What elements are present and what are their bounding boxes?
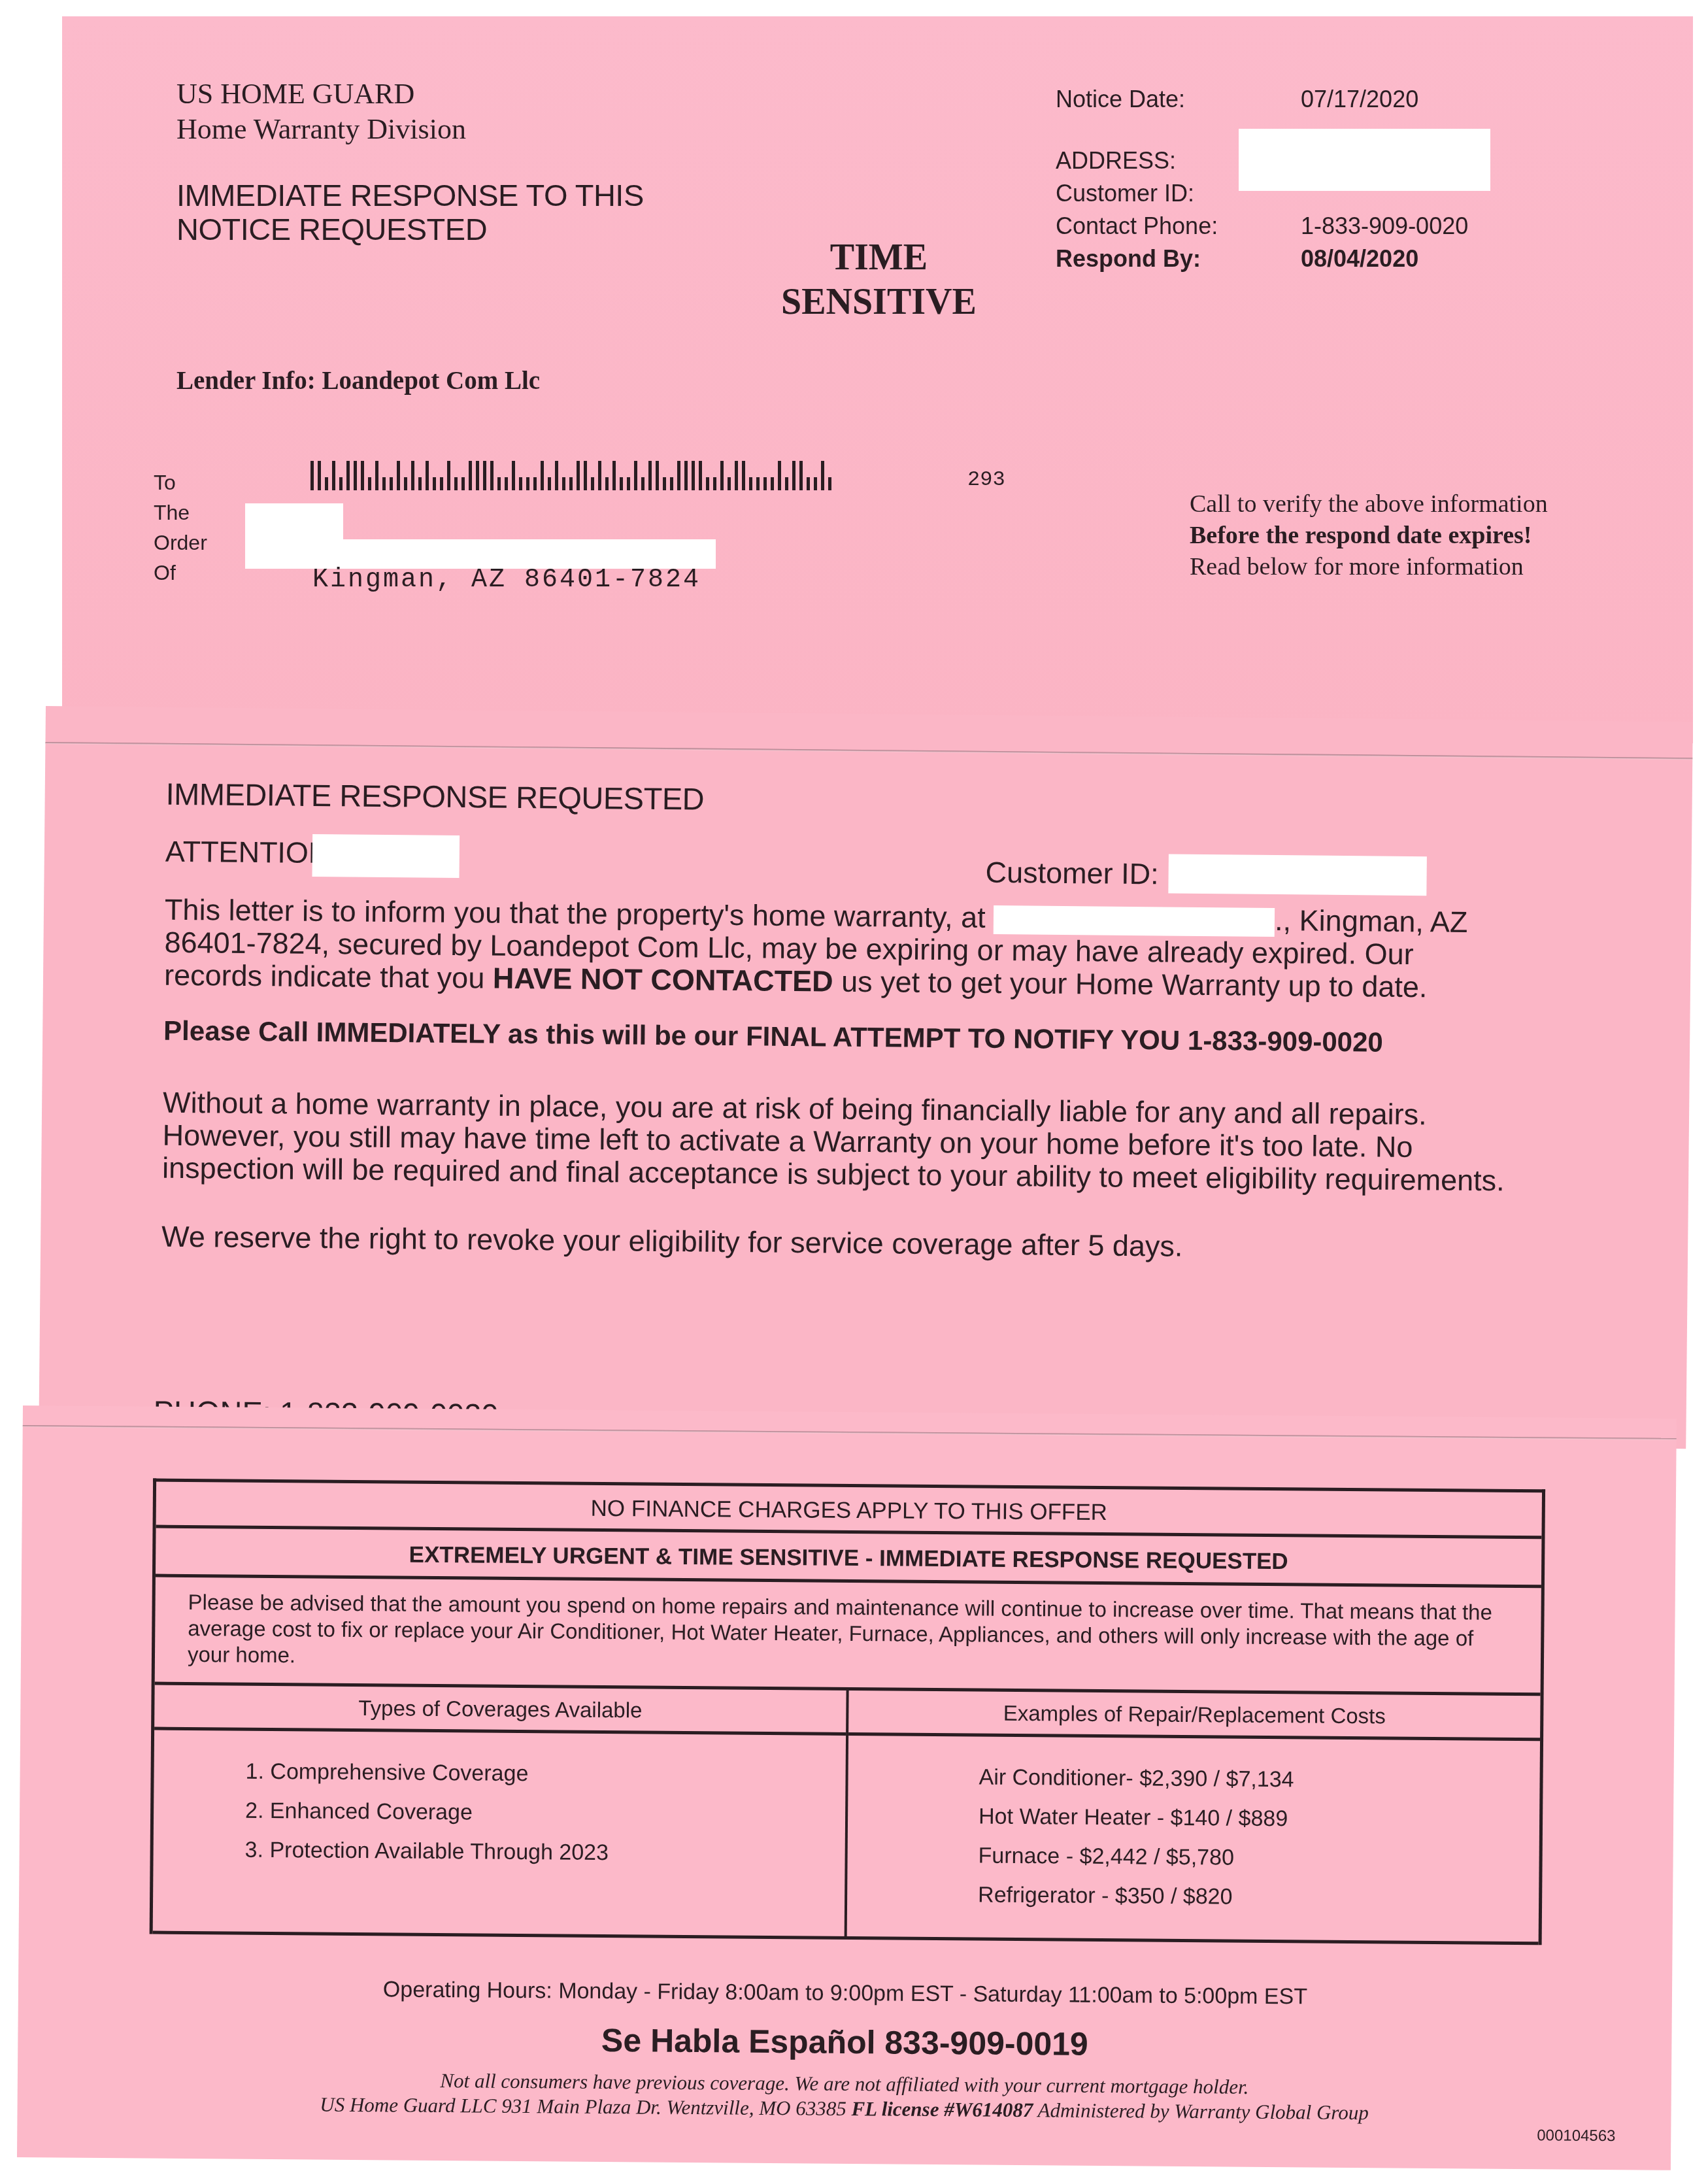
contact-phone-row: Contact Phone: 1-833-909-0020 bbox=[1056, 210, 1468, 243]
barcode-bar bbox=[713, 477, 716, 490]
list-item: 2. Enhanced Coverage bbox=[245, 1791, 845, 1835]
postal-barcode bbox=[310, 461, 873, 490]
coverage-types-column: Types of Coverages Available 1. Comprehe… bbox=[153, 1685, 846, 1936]
barcode-bar bbox=[663, 477, 666, 490]
barcode-bar bbox=[684, 461, 688, 490]
barcode-bar bbox=[778, 461, 781, 490]
barcode-bar bbox=[526, 477, 529, 490]
barcode-bar bbox=[469, 461, 472, 490]
barcode-bar bbox=[785, 477, 788, 490]
barcode-bar bbox=[598, 461, 601, 490]
barcode-bar bbox=[533, 477, 537, 490]
barcode-bar bbox=[771, 477, 774, 490]
barcode-bar bbox=[792, 461, 795, 490]
address-redaction bbox=[1239, 129, 1490, 191]
division-name: Home Warranty Division bbox=[176, 112, 466, 147]
barcode-bar bbox=[699, 461, 702, 490]
barcode-bar bbox=[382, 477, 386, 490]
barcode-bar bbox=[440, 477, 443, 490]
respond-by-row: Respond By: 08/04/2020 bbox=[1056, 243, 1468, 275]
recipient-city-line: Kingman, AZ 86401-7824 bbox=[312, 565, 701, 595]
barcode-bar bbox=[807, 477, 810, 490]
property-address-redaction bbox=[994, 905, 1275, 937]
barcode-bar bbox=[411, 461, 414, 490]
respond-by-date: 08/04/2020 bbox=[1301, 243, 1418, 275]
attention-redaction bbox=[312, 834, 460, 878]
barcode-bar bbox=[346, 461, 350, 490]
barcode-bar bbox=[461, 477, 465, 490]
operating-hours: Operating Hours: Monday - Friday 8:00am … bbox=[18, 1974, 1672, 2013]
barcode-bar bbox=[354, 461, 357, 490]
barcode-bar bbox=[821, 461, 824, 490]
barcode-bar bbox=[397, 461, 400, 490]
barcode-bar bbox=[728, 477, 731, 490]
repair-costs-column: Examples of Repair/Replacement Costs Air… bbox=[845, 1691, 1541, 1942]
customer-id-line: Customer ID: bbox=[985, 856, 1159, 892]
list-item: Air Conditioner- $2,390 / $7,134 bbox=[979, 1758, 1539, 1802]
warranty-expiry-paragraph: This letter is to inform you that the pr… bbox=[164, 894, 1511, 1005]
list-item: 1. Comprehensive Coverage bbox=[245, 1752, 845, 1796]
customer-id-redaction bbox=[1168, 854, 1427, 896]
barcode-bar bbox=[591, 477, 594, 490]
time-sensitive-stamp: TIME SENSITIVE bbox=[781, 235, 977, 324]
contact-phone: 1-833-909-0020 bbox=[1301, 210, 1468, 243]
barcode-bar bbox=[433, 477, 436, 490]
barcode-bar bbox=[426, 461, 429, 490]
coverage-columns: Types of Coverages Available 1. Comprehe… bbox=[153, 1685, 1541, 1945]
barcode-bar bbox=[476, 461, 479, 490]
barcode-bar bbox=[656, 461, 659, 490]
risk-paragraph: Without a home warranty in place, you ar… bbox=[162, 1086, 1509, 1198]
barcode-bar bbox=[512, 461, 515, 490]
fold-line bbox=[23, 1425, 1677, 1440]
barcode-bar bbox=[368, 477, 371, 490]
verify-callout: Call to verify the above information Bef… bbox=[1190, 488, 1548, 582]
recipient-name-redaction bbox=[245, 503, 343, 540]
barcode-bar bbox=[814, 477, 817, 490]
barcode-bar bbox=[612, 461, 616, 490]
coverage-types-list: 1. Comprehensive Coverage 2. Enhanced Co… bbox=[153, 1730, 846, 1936]
barcode-bar bbox=[569, 477, 573, 490]
response-requested-heading: IMMEDIATE RESPONSE REQUESTED bbox=[165, 776, 704, 817]
barcode-bar bbox=[828, 477, 831, 490]
barcode-bar bbox=[620, 477, 623, 490]
coverage-types-header: Types of Coverages Available bbox=[154, 1685, 846, 1736]
barcode-bar bbox=[447, 461, 450, 490]
barcode-bar bbox=[634, 461, 637, 490]
barcode-bar bbox=[490, 461, 494, 490]
lender-info: Lender Info: Loandepot Com Llc bbox=[176, 366, 540, 395]
barcode-bar bbox=[706, 477, 709, 490]
advisory-row: Please be advised that the amount you sp… bbox=[155, 1577, 1541, 1696]
notice-top-panel: US HOME GUARD Home Warranty Division IMM… bbox=[62, 16, 1693, 743]
immediate-response-notice: IMMEDIATE RESPONSE TO THIS NOTICE REQUES… bbox=[176, 178, 644, 246]
barcode-bar bbox=[361, 461, 364, 490]
barcode-bar bbox=[390, 477, 393, 490]
barcode-bar bbox=[692, 461, 695, 490]
barcode-bar bbox=[555, 461, 558, 490]
list-item: Hot Water Heater - $140 / $889 bbox=[979, 1797, 1539, 1841]
barcode-bar bbox=[720, 461, 724, 490]
barcode-bar bbox=[318, 461, 321, 490]
barcode-bar bbox=[332, 461, 335, 490]
street-redaction bbox=[245, 539, 716, 569]
notice-middle-panel: IMMEDIATE RESPONSE REQUESTED ATTENTION: … bbox=[39, 706, 1693, 1449]
barcode-bar bbox=[799, 461, 803, 490]
barcode-bar bbox=[763, 477, 767, 490]
barcode-bar bbox=[339, 477, 343, 490]
revoke-paragraph: We reserve the right to revoke your elig… bbox=[161, 1220, 1508, 1266]
barcode-bar bbox=[541, 461, 544, 490]
document-number: 000104563 bbox=[1537, 2127, 1615, 2146]
barcode-bar bbox=[483, 461, 486, 490]
barcode-bar bbox=[418, 477, 422, 490]
barcode-bar bbox=[505, 477, 508, 490]
barcode-bar bbox=[497, 477, 501, 490]
list-item: 3. Protection Available Through 2023 bbox=[244, 1830, 845, 1874]
barcode-bar bbox=[577, 461, 580, 490]
offer-table: NO FINANCE CHARGES APPLY TO THIS OFFER E… bbox=[150, 1479, 1545, 1945]
barcode-bar bbox=[454, 477, 458, 490]
spanish-phone-line: Se Habla Español 833-909-0019 bbox=[18, 2017, 1671, 2068]
barcode-bar bbox=[404, 477, 407, 490]
notice-date-row: Notice Date: 07/17/2020 bbox=[1056, 83, 1468, 116]
barcode-bar bbox=[548, 477, 551, 490]
list-item: Refrigerator - $350 / $820 bbox=[978, 1875, 1539, 1919]
barcode-bar bbox=[648, 461, 652, 490]
repair-costs-header: Examples of Repair/Replacement Costs bbox=[848, 1691, 1541, 1741]
sequence-number: 293 bbox=[967, 467, 1005, 492]
barcode-bar bbox=[756, 477, 760, 490]
barcode-bar bbox=[375, 461, 378, 490]
barcode-bar bbox=[605, 477, 609, 490]
notice-bottom-panel: NO FINANCE CHARGES APPLY TO THIS OFFER E… bbox=[17, 1405, 1677, 2170]
barcode-bar bbox=[325, 477, 328, 490]
barcode-bar bbox=[670, 477, 673, 490]
barcode-bar bbox=[584, 461, 587, 490]
barcode-bar bbox=[677, 461, 680, 490]
barcode-bar bbox=[310, 461, 314, 490]
barcode-bar bbox=[519, 477, 522, 490]
barcode-bar bbox=[742, 461, 745, 490]
final-attempt-paragraph: Please Call IMMEDIATELY as this will be … bbox=[163, 1015, 1510, 1060]
to-the-order-of-labels: To The Order Of bbox=[154, 467, 207, 588]
barcode-bar bbox=[735, 461, 738, 490]
barcode-bar bbox=[562, 477, 565, 490]
repair-costs-list: Air Conditioner- $2,390 / $7,134 Hot Wat… bbox=[847, 1736, 1540, 1942]
barcode-bar bbox=[641, 477, 645, 490]
company-block: US HOME GUARD Home Warranty Division bbox=[176, 76, 466, 147]
fold-line bbox=[45, 742, 1692, 760]
notice-date: 07/17/2020 bbox=[1301, 83, 1418, 116]
barcode-bar bbox=[627, 477, 630, 490]
company-name: US HOME GUARD bbox=[176, 76, 466, 112]
list-item: Furnace - $2,442 / $5,780 bbox=[978, 1836, 1539, 1880]
barcode-bar bbox=[749, 477, 752, 490]
